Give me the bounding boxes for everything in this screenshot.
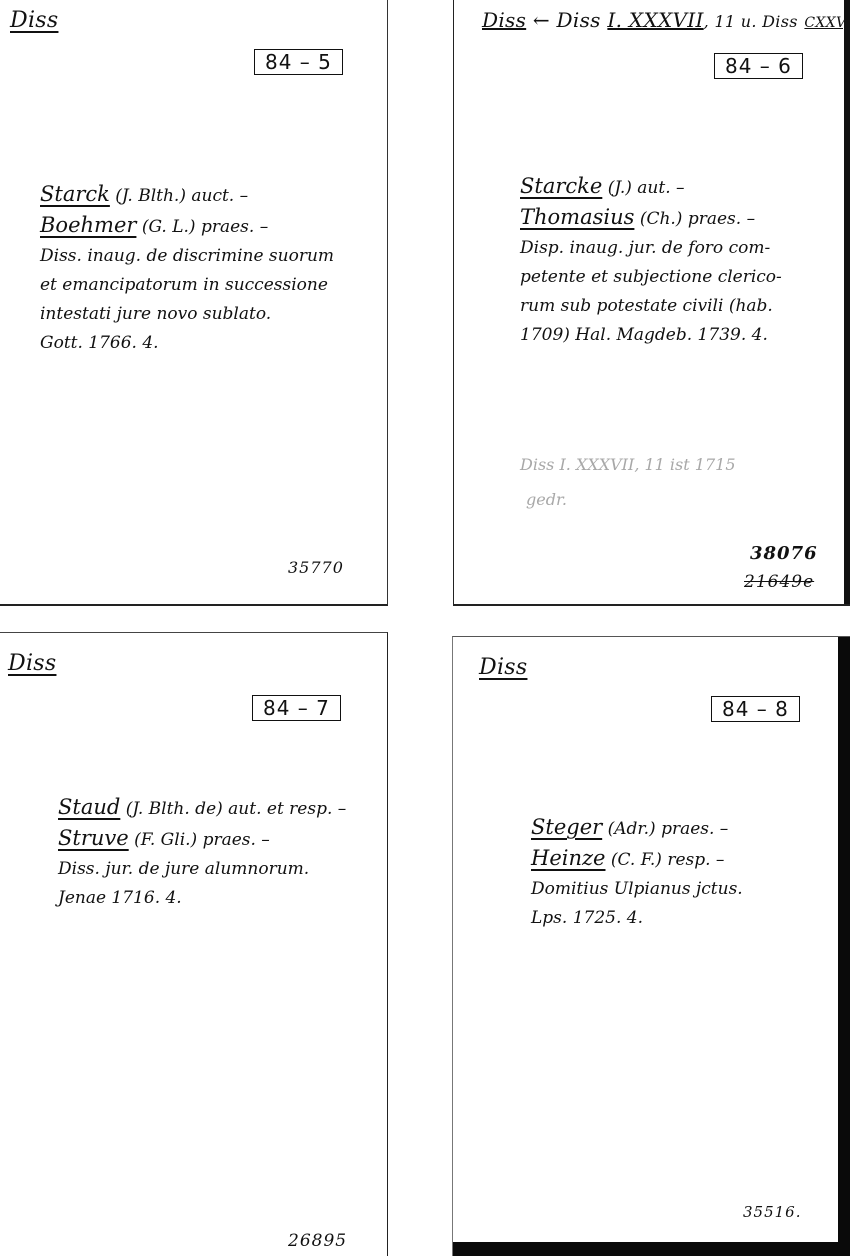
imprint-line: 1709) Hal. Magdeb. 1739. 4. bbox=[520, 321, 782, 350]
bibliographic-entry: Starcke (J.) aut. – Thomasius (Ch.) prae… bbox=[520, 172, 782, 350]
respondent-line: Heinze (C. F.) resp. – bbox=[531, 844, 743, 875]
imprint-line: Jenae 1716. 4. bbox=[58, 884, 346, 913]
author-name: Starcke bbox=[520, 174, 602, 198]
author-details: (Adr.) praes. – bbox=[608, 819, 729, 839]
corner-mark: Diss bbox=[8, 651, 56, 676]
title-line: Diss. jur. de jure alumnorum. bbox=[58, 855, 346, 884]
accession-number: 35516. bbox=[743, 1203, 802, 1221]
author-name: Staud bbox=[58, 795, 120, 819]
praeses-line: Struve (F. Gli.) praes. – bbox=[58, 824, 346, 855]
accession-number: 26895 bbox=[288, 1231, 347, 1251]
title-line: petente et subjectione clerico- bbox=[520, 263, 782, 292]
bibliographic-entry: Starck (J. Blth.) auct. – Boehmer (G. L.… bbox=[40, 180, 334, 358]
corner-mark: Diss bbox=[10, 8, 58, 33]
author-name: Steger bbox=[531, 815, 602, 839]
imprint-line: Gott. 1766. 4. bbox=[40, 329, 334, 358]
accession-number: 38076 bbox=[750, 543, 818, 564]
praeses-details: (F. Gli.) praes. – bbox=[134, 830, 270, 850]
author-line: Staud (J. Blth. de) aut. et resp. – bbox=[58, 793, 346, 824]
respondent-details: (C. F.) resp. – bbox=[611, 850, 725, 870]
header-note-prefix: ← Diss bbox=[533, 8, 601, 32]
praeses-details: (Ch.) praes. – bbox=[640, 209, 755, 229]
praeses-details: (G. L.) praes. – bbox=[142, 217, 268, 237]
catalog-card-84-7: Diss 84 – 7 Staud (J. Blth. de) aut. et … bbox=[0, 632, 388, 1256]
praeses-line: Thomasius (Ch.) praes. – bbox=[520, 203, 782, 234]
corner-mark: Diss bbox=[479, 655, 527, 680]
praeses-name: Struve bbox=[58, 826, 129, 850]
bibliographic-entry: Staud (J. Blth. de) aut. et resp. – Stru… bbox=[58, 793, 346, 913]
author-line: Starcke (J.) aut. – bbox=[520, 172, 782, 203]
shelfmark-box: 84 – 7 bbox=[252, 695, 341, 721]
author-details: (J. Blth.) auct. – bbox=[115, 186, 248, 206]
header-note-roman: I. XXXVII bbox=[607, 8, 703, 32]
header-note: Diss ← Diss I. XXXVII, 11 u. Diss CXXV, … bbox=[482, 8, 850, 32]
author-line: Starck (J. Blth.) auct. – bbox=[40, 180, 334, 211]
header-note-mid: , 11 u. Diss bbox=[704, 12, 798, 31]
accession-number-struck: 21649e bbox=[744, 572, 814, 592]
pencil-note: Diss I. XXXVII, 11 ist 1715 bbox=[520, 455, 736, 474]
author-details: (J. Blth. de) aut. et resp. – bbox=[126, 799, 347, 819]
shelfmark-box: 84 – 6 bbox=[714, 53, 803, 79]
corner-mark: Diss bbox=[482, 8, 526, 32]
title-line: Disp. inaug. jur. de foro com- bbox=[520, 234, 782, 263]
catalog-card-84-8: Diss 84 – 8 Steger (Adr.) praes. – Heinz… bbox=[452, 636, 850, 1256]
bibliographic-entry: Steger (Adr.) praes. – Heinze (C. F.) re… bbox=[531, 813, 743, 933]
title-line: Diss. inaug. de discrimine suorum bbox=[40, 242, 334, 271]
praeses-name: Boehmer bbox=[40, 213, 136, 237]
praeses-line: Boehmer (G. L.) praes. – bbox=[40, 211, 334, 242]
pencil-note: gedr. bbox=[526, 490, 567, 509]
praeses-name: Thomasius bbox=[520, 205, 634, 229]
catalog-card-84-5: Diss 84 – 5 Starck (J. Blth.) auct. – Bo… bbox=[0, 0, 388, 606]
title-line: rum sub potestate civili (hab. bbox=[520, 292, 782, 321]
accession-number: 35770 bbox=[288, 558, 344, 577]
author-details: (J.) aut. – bbox=[608, 178, 685, 198]
imprint-line: Lps. 1725. 4. bbox=[531, 904, 743, 933]
header-note-tail: CXXV, 1 bbox=[804, 15, 850, 31]
shelfmark-box: 84 – 8 bbox=[711, 696, 800, 722]
author-name: Starck bbox=[40, 182, 110, 206]
author-line: Steger (Adr.) praes. – bbox=[531, 813, 743, 844]
shelfmark-box: 84 – 5 bbox=[254, 49, 343, 75]
title-line: intestati jure novo sublato. bbox=[40, 300, 334, 329]
title-line: et emancipatorum in successione bbox=[40, 271, 334, 300]
title-line: Domitius Ulpianus jctus. bbox=[531, 875, 743, 904]
respondent-name: Heinze bbox=[531, 846, 605, 870]
catalog-card-84-6: Diss ← Diss I. XXXVII, 11 u. Diss CXXV, … bbox=[453, 0, 850, 606]
